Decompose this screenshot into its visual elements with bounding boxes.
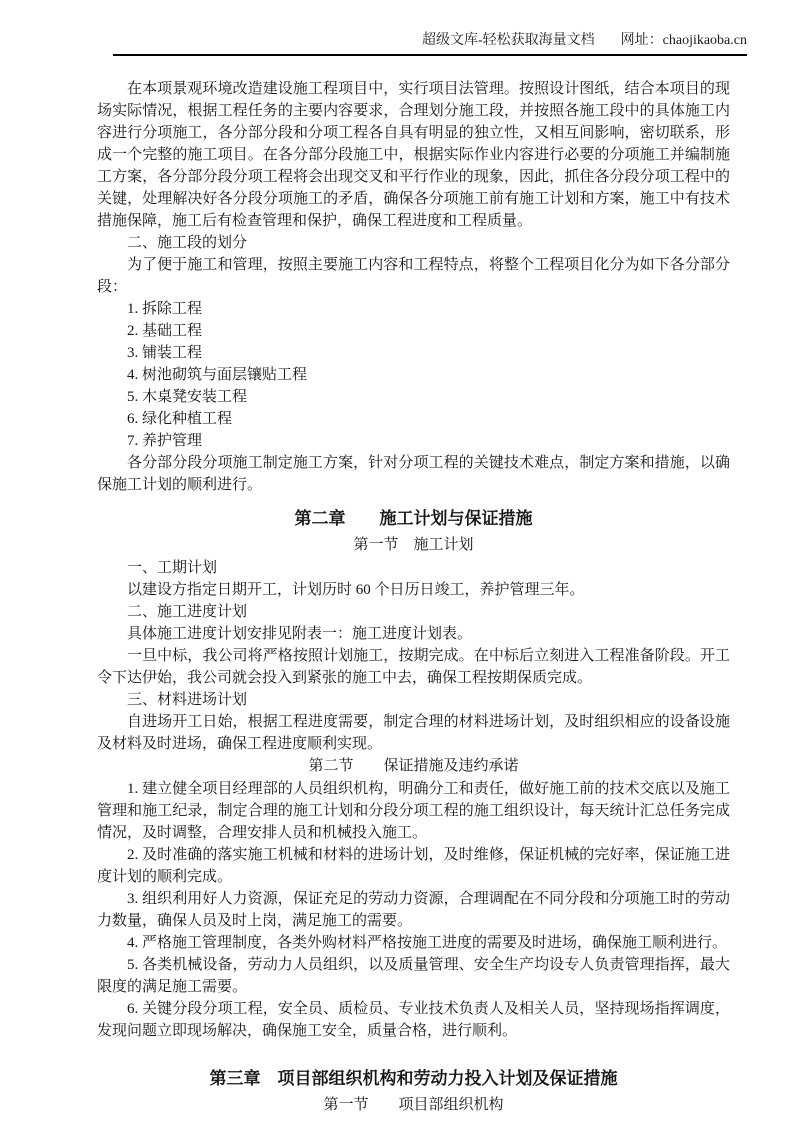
material-entry-paragraph: 自进场开工日始，根据工程进度需要，制定合理的材料进场计划，及时组织相应的设备设施… xyxy=(97,711,730,755)
segment-plan-closing-paragraph: 各分部分段分项施工制定施工方案，针对分项工程的关键技术难点，制定方案和措施，以确… xyxy=(97,452,730,496)
subheading-schedule-plan: 一、工期计划 xyxy=(97,557,730,579)
subheading-material-entry-plan: 三、材料进场计划 xyxy=(97,689,730,711)
document-body: 在本项景观环境改造建设施工程项目中，实行项目法管理。按照设计图纸，结合本项目的现… xyxy=(97,78,730,1117)
subheading-progress-plan: 二、施工进度计划 xyxy=(97,601,730,623)
guarantee-item-1: 1. 建立健全项目经理部的人员组织机构，明确分工和责任，做好施工前的技术交底以及… xyxy=(97,778,730,844)
chapter-2-section-2-heading: 第二节 保证措施及违约承诺 xyxy=(97,755,730,778)
list-item-foundation-works: 2. 基础工程 xyxy=(97,320,730,342)
guarantee-item-4: 4. 严格施工管理制度，各类外购材料严格按施工进度的需要及时进场，确保施工顺利进… xyxy=(97,932,730,954)
chapter-3-section-1-heading: 第一节 项目部组织机构 xyxy=(97,1094,730,1117)
list-item-maintenance-management: 7. 养护管理 xyxy=(97,430,730,452)
watermark-site-name: 超级文库-轻松获取海量文档 xyxy=(422,33,595,48)
segment-division-lead-paragraph: 为了便于施工和管理，按照主要施工内容和工程特点，将整个工程项目化分为如下各分部分… xyxy=(97,254,730,298)
progress-plan-paragraph: 具体施工进度计划安排见附表一：施工进度计划表。 xyxy=(97,623,730,645)
subheading-construction-segment-division: 二、施工段的划分 xyxy=(97,232,730,254)
guarantee-item-2: 2. 及时准确的落实施工机械和材料的进场计划，及时维修，保证机械的完好率，保证施… xyxy=(97,844,730,888)
guarantee-item-6: 6. 关键分段分项工程，安全员、质检员、专业技术负责人及相关人员，坚持现场指挥调… xyxy=(97,998,730,1042)
chapter-2-section-1-heading: 第一节 施工计划 xyxy=(97,534,730,557)
intro-paragraph: 在本项景观环境改造建设施工程项目中，实行项目法管理。按照设计图纸，结合本项目的现… xyxy=(97,78,730,232)
watermark-site-url: 网址：chaojikaoba.cn xyxy=(621,33,747,48)
guarantee-item-5: 5. 各类机械设备，劳动力人员组织，以及质量管理、安全生产均设专人负责管理指挥，… xyxy=(97,954,730,998)
guarantee-item-3: 3. 组织利用好人力资源，保证充足的劳动力资源，合理调配在不同分段和分项施工时的… xyxy=(97,888,730,932)
watermark-header: 超级文库-轻松获取海量文档网址：chaojikaoba.cn xyxy=(113,31,747,51)
list-item-greening-planting: 6. 绿化种植工程 xyxy=(97,408,730,430)
list-item-demolition-works: 1. 拆除工程 xyxy=(97,298,730,320)
header-divider-line xyxy=(113,54,747,56)
chapter-3-heading: 第三章 项目部组织机构和劳动力投入计划及保证措施 xyxy=(97,1064,730,1094)
bid-award-paragraph: 一旦中标，我公司将严格按照计划施工，按期完成。在中标后立刻进入工程准备阶段。开工… xyxy=(97,645,730,689)
chapter-2-heading: 第二章 施工计划与保证措施 xyxy=(97,504,730,534)
list-item-wooden-table-bench: 5. 木桌凳安装工程 xyxy=(97,386,730,408)
schedule-plan-paragraph: 以建设方指定日期开工，计划历时 60 个日历日竣工，养护管理三年。 xyxy=(97,579,730,601)
list-item-paving-works: 3. 铺装工程 xyxy=(97,342,730,364)
list-item-tree-pool-masonry: 4. 树池砌筑与面层镶贴工程 xyxy=(97,364,730,386)
